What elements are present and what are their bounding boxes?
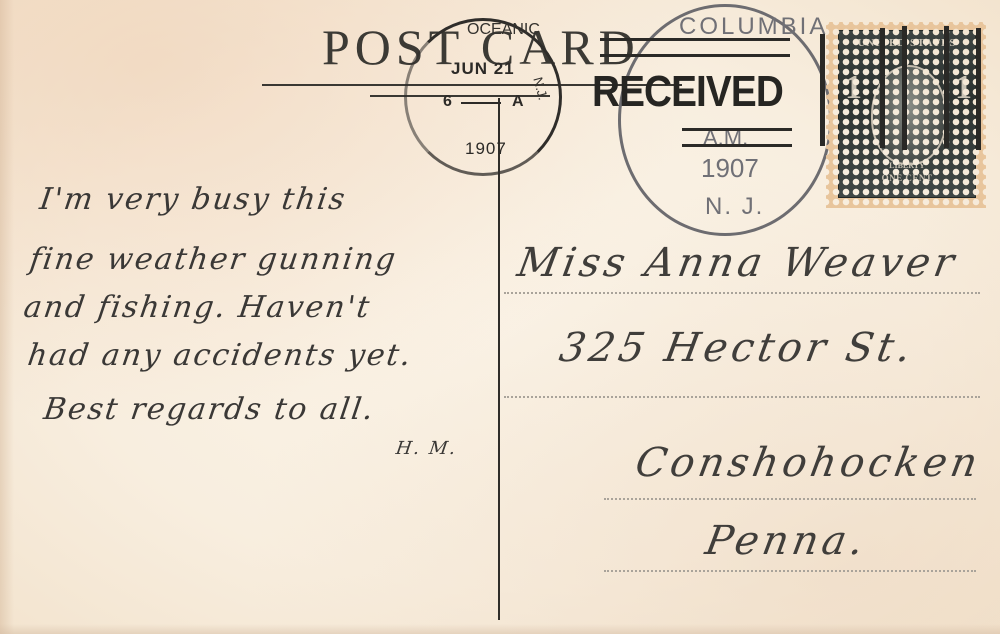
stamp-denomination-left: 1 [845, 59, 859, 117]
postmark-state: N.J. [530, 75, 550, 101]
postmark-year: 1907 [701, 153, 759, 184]
message-line: I'm very busy this [38, 182, 349, 217]
cancel-line [682, 128, 792, 131]
message-line: Best regards to all. [42, 392, 378, 427]
cancel-bar [976, 28, 981, 150]
cancel-line [600, 38, 790, 41]
center-divider-line [498, 98, 500, 620]
stamp-value-name: ONE CENT [845, 173, 969, 183]
paper-edge-left [0, 0, 14, 634]
postmark-hour: 6 [443, 93, 452, 111]
postcard-back: POST CARD OCEANIC N.J. JUN 21 6 A 1907 C… [0, 0, 1000, 634]
address-guide-line [504, 396, 980, 398]
origin-postmark: OCEANIC N.J. JUN 21 6 A 1907 [404, 18, 562, 176]
postmark-state: N. J. [705, 193, 764, 221]
cancel-bar [944, 26, 949, 148]
cancel-line [682, 144, 792, 147]
postmark-year: 1907 [465, 139, 507, 159]
postmark-town: COLUMBIA [679, 13, 828, 41]
address-line-name: Miss Anna Weaver [514, 240, 961, 286]
message-line: had any accidents yet. [26, 338, 415, 373]
stamp-caption: LIBERTY [869, 161, 945, 170]
stamp-face: UNITED STATES 1 1 LIBERTY ONE CENT [838, 30, 976, 198]
address-line-state: Penna. [702, 518, 871, 564]
stamp-country: UNITED STATES [847, 37, 967, 59]
cancel-bar [820, 34, 825, 146]
cancel-bar [902, 26, 907, 150]
message-line: and fishing. Haven't [22, 290, 374, 325]
cancel-line [600, 54, 790, 57]
stamp-denomination-right: 1 [955, 59, 969, 117]
message-signature: H. M. [395, 438, 459, 459]
address-guide-line [604, 570, 976, 572]
address-guide-line [504, 292, 980, 294]
postmark-dash [461, 102, 501, 104]
postmark-town: OCEANIC [467, 21, 540, 39]
cancel-bar [880, 28, 885, 148]
message-line: fine weather gunning [28, 242, 400, 277]
address-line-city: Conshohocken [632, 440, 985, 486]
received-cancel: RECEIVED [592, 70, 783, 114]
address-line-street: 325 Hector St. [556, 325, 918, 371]
postmark-date: JUN 21 [451, 59, 515, 79]
paper-edge-bottom [0, 624, 1000, 634]
postmark-ampm: A [512, 93, 524, 111]
address-guide-line [604, 498, 976, 500]
